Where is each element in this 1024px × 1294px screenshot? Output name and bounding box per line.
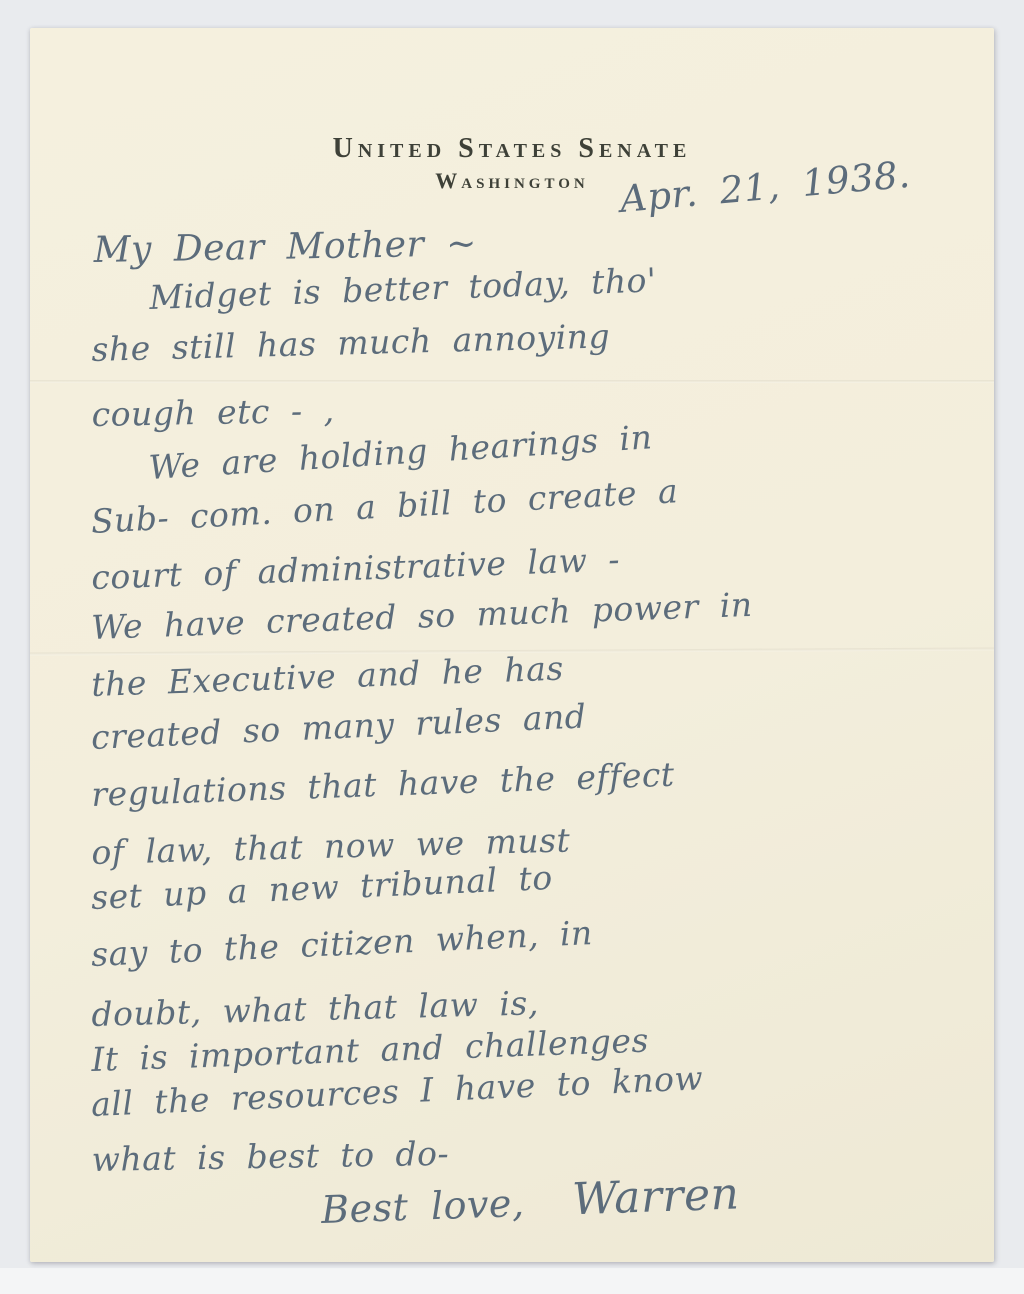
letter-line: say to the citizen when, in [90, 913, 593, 974]
letter-line: what is best to do- [91, 1134, 449, 1179]
scan-edge-strip [0, 1268, 1024, 1294]
letter-line: cough etc - , [91, 391, 335, 434]
fold-crease [30, 380, 994, 383]
closing-row: Best love,Warren [320, 1168, 740, 1234]
closing: Best love, [320, 1181, 525, 1232]
letter-line: the Executive and he has [91, 649, 565, 704]
signature: Warren [571, 1168, 740, 1225]
letter-line: she still has much annoying [91, 316, 611, 369]
letter-line: Midget is better today, tho' [149, 260, 658, 317]
letter-line: regulations that have the effect [91, 755, 676, 814]
salutation: My Dear Mother ~ [93, 223, 477, 271]
scan-background: United States Senate Washington Apr. 21,… [0, 0, 1024, 1294]
letter-paper: United States Senate Washington Apr. 21,… [30, 28, 994, 1262]
letter-line: court of administrative law - [91, 540, 621, 597]
letter-line: created so many rules and [90, 696, 587, 757]
letter-line: We have created so much power in [91, 585, 754, 647]
